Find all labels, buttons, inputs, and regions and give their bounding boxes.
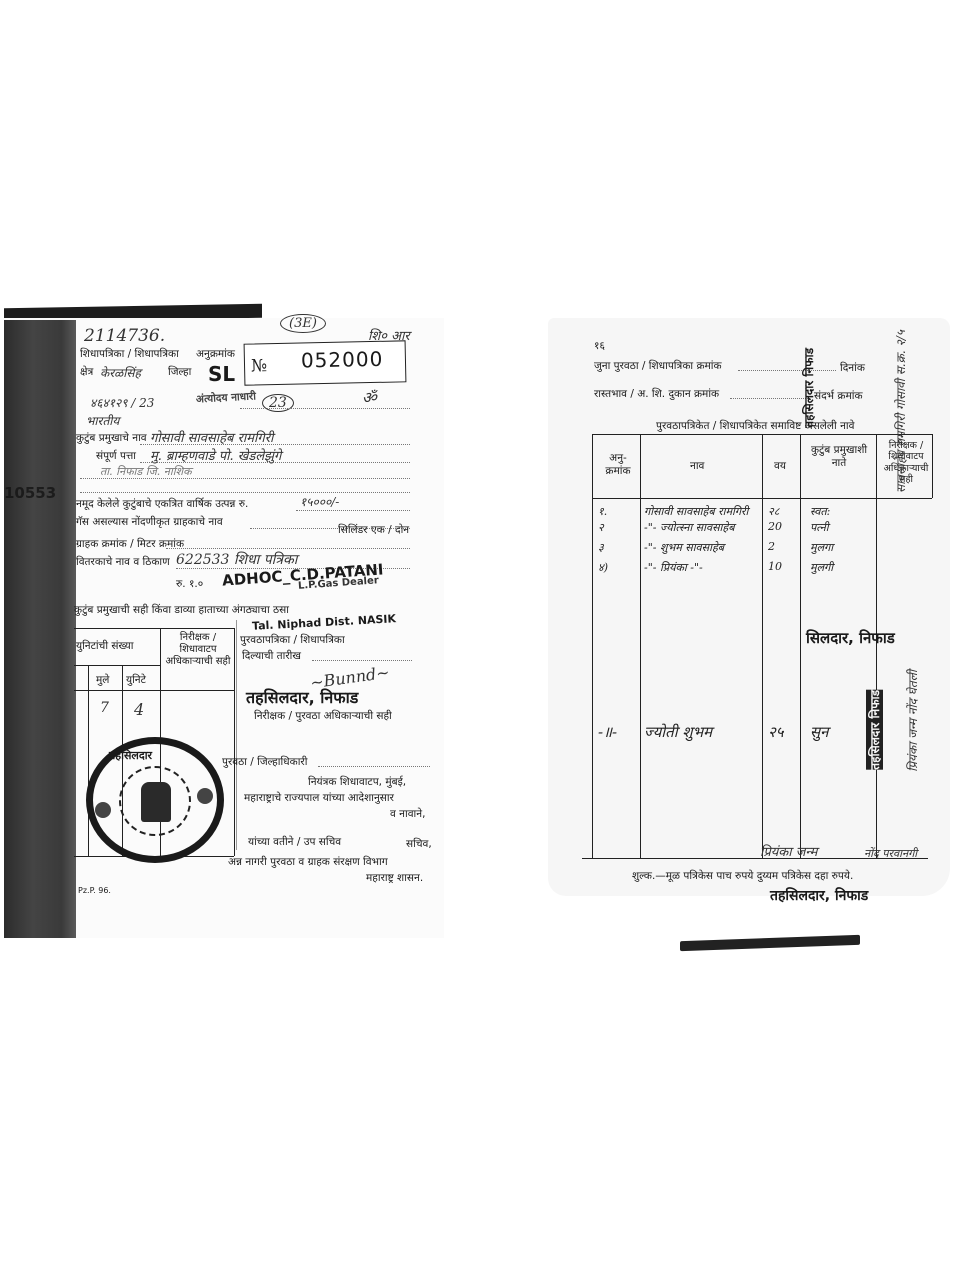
member-age: 10 [768,560,782,573]
member-name: ज्योती शुभम [644,722,712,742]
col-name-header: नाव [690,460,704,473]
series-code: SL [208,362,235,386]
signature-label: कुटुंब प्रमुखाची सही किंवा डाव्या हाताच्… [74,604,289,617]
controller-label: नियंत्रक शिधावाटप, मुंबई, [308,776,406,789]
member-relation: मुलगी [810,560,833,575]
member-relation: सुन [810,722,828,742]
tahsildar-stamp-mid: सिलदार, निफाड [806,628,895,648]
card-type-label: शिधापत्रिका / शिधापत्रिका [80,348,179,361]
old-card-label: जुना पुरवठा / शिधापत्रिका क्रमांक [594,360,722,373]
reference-no-label: संदर्भ क्रमांक [814,390,863,403]
member-age: 2 [768,540,775,553]
vertical-tahsildar-stamp-2: तहसिलदार निफाड [866,690,883,770]
circled-23: 23 [262,394,294,412]
inspector-sign-label: निरीक्षक / पुरवठा अधिकाऱ्याची सही [254,710,392,723]
card-binding [4,320,76,938]
serial-number: 052000 [301,347,384,373]
cylinder-label: सिलिंडर एक / दोन [338,524,409,537]
inspector-header: निरीक्षक / शिधावाटप अधिकाऱ्याची सही [164,632,232,668]
date-label: दिनांक [840,362,865,375]
units-header: युनिटे [126,674,146,687]
children-header: मुले [96,674,109,687]
collector-label: पुरवठा / जिल्हाधिकारी [222,756,307,769]
children-value: 7 [100,700,109,716]
member-serial: -॥- [598,722,617,742]
area-value: केरळसिंह [100,364,141,381]
added-note-2: नोंद परवानगी [864,846,917,861]
gas-consumer-label: गॅस असल्यास नोंदणीकृत ग्राहकाचे नाव [76,516,223,529]
member-name: -"- प्रियंका -"- [644,560,703,575]
head-name-label: कुटुंब प्रमुखाचे नाव [76,432,147,445]
member-serial: ३ [598,540,604,555]
member-age: २५ [768,722,784,742]
tahsildar-round-seal: तहसिलदार [86,737,224,863]
shop-label: रास्तभाव / अ. शि. दुकान क्रमांक [594,388,719,401]
member-name: गोसावी सावसाहेब रामगिरी [644,504,748,519]
dealer-value: 622533 शिधा पत्रिका [176,550,297,569]
member-relation: स्वत: [810,504,830,519]
address-label: संपूर्ण पत्ता [96,450,136,463]
issue-label: पुरवठापत्रिका / शिधापत्रिका [240,634,345,647]
governor-order-2: व नावाने, [390,808,425,821]
number-sign: № [251,356,268,376]
vertical-handwritten-note-2: प्रियंका जन्म नोंद घेतली [904,670,921,772]
col-relation-header: कुटुंब प्रमुखाशी नाते [806,444,872,469]
fee-label: रु. १.० [176,578,203,591]
department-label: अन्न नागरी पुरवठा व ग्राहक संरक्षण विभाग [228,856,388,869]
form-code: Pz.P. 96. [78,886,111,896]
government-label: महाराष्ट्र शासन. [366,872,423,885]
page-edge-shadow [680,935,860,951]
card-reference-number: 2114736. [84,326,165,346]
serial-number-box: № 052000 [244,340,407,385]
seal-text: तहसिलदार [109,748,152,763]
col-serial-header: अनु- क्रमांक [598,452,638,477]
income-label: नमूद केलेले कुटुंबाचे एकत्रित वार्षिक उत… [76,498,248,511]
issue-date-label: दिल्याची तारीख [242,650,301,663]
units-value: 4 [134,700,144,719]
units-count-header: युनिटांची संख्या [76,640,133,653]
ashoka-emblem-icon [141,782,171,822]
category-value: भारतीय [86,412,119,429]
circled-mark: (3E) [280,314,326,333]
added-note: प्रियंका जन्म [760,842,817,860]
members-heading: पुरवठापत्रिकेत / शिधापत्रिकेत समाविष्ट अ… [656,420,854,433]
vertical-handwritten-note: सावसाहेब रामगिरी गोसावी स.क्र. २/५ [892,330,909,493]
card-number-value: ४६४१२९ / 23 [90,394,154,411]
binding-text: 10553 [4,484,56,502]
member-serial: १. [598,504,607,519]
tahsildar-stamp: तहसिलदार, निफाड [246,686,358,708]
member-age: 20 [768,520,782,533]
area-label: क्षेत्र [80,366,93,379]
vertical-tahsildar-stamp: तहसिलदार निफाड [800,348,817,428]
member-name: -"- शुभम सावसाहेब [644,540,724,555]
district-label: जिल्हा [168,366,191,379]
address-value-2: ता. निफाड जि. नाशिक [100,464,192,479]
secretary-label: सचिव, [406,838,432,851]
page-number: १६ [594,340,605,353]
fee-note: शुल्क.—मूळ पत्रिकेस पाच रुपये दुय्यम पत्… [632,870,853,883]
dealer-label: वितरकाचे नाव व ठिकाण [76,556,170,569]
member-serial: २ [598,520,604,535]
secretary-prefix: यांच्या वतीने / उप सचिव [248,836,341,849]
serial-label: अनुक्रमांक [196,348,235,361]
member-name: -"- ज्योत्स्ना सावसाहेब [644,520,735,535]
member-serial: ४) [598,560,608,575]
right-page [548,318,950,896]
initials: ॐ [362,386,377,408]
col-age-header: वय [774,460,786,473]
member-relation: पत्नी [810,520,829,535]
member-age: २८ [768,504,779,519]
member-relation: मुलगा [810,540,833,555]
governor-order: महाराष्ट्राचे राज्यपाल यांच्या आदेशानुसा… [244,792,394,805]
tahsildar-stamp-bottom: तहसिलदार, निफाड [770,886,868,905]
income-value: १५०००/- [300,493,339,510]
